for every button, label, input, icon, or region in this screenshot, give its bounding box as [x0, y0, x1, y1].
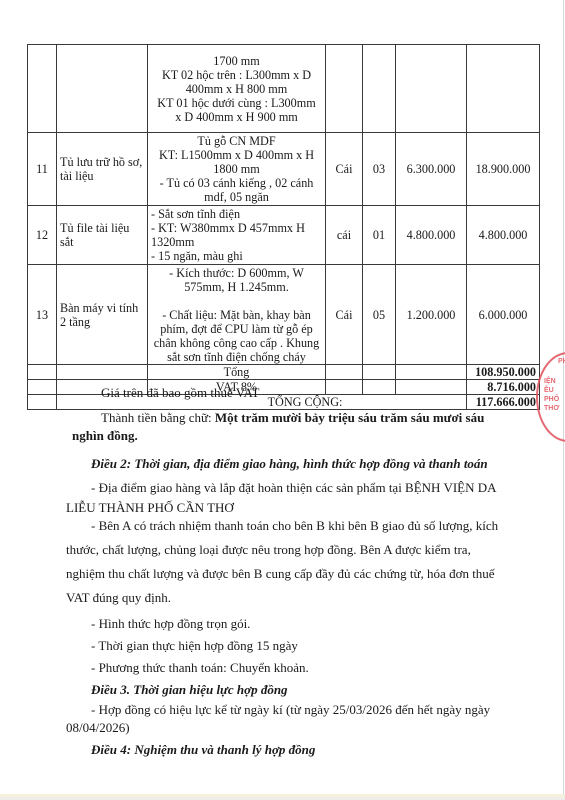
row-price: 6.300.000	[396, 133, 467, 206]
spec-line: mdf, 05 ngăn	[151, 190, 322, 204]
amount-words-line2: nghìn đồng.	[72, 427, 138, 445]
row-qty: 03	[363, 133, 396, 206]
vat-value: 8.716.000	[467, 380, 540, 395]
spec-line: KT 02 hộc trên : L300mm x D	[151, 68, 322, 82]
items-table: 1700 mmKT 02 hộc trên : L300mm x D400mm …	[27, 44, 540, 410]
page-edge	[0, 794, 565, 800]
grand-total-value: 117.666.000	[467, 395, 540, 410]
article-2-p1: - Địa điểm giao hàng và lắp đặt hoàn thi…	[91, 479, 497, 497]
row-unit: Cái	[326, 133, 363, 206]
row-spec: - Kích thước: D 600mm, W575mm, H 1.245mm…	[148, 265, 326, 365]
row-total	[467, 45, 540, 133]
amount-in-words: Thành tiền bằng chữ: Một trăm mười bảy t…	[101, 409, 484, 427]
spec-line: 1320mm	[151, 235, 322, 249]
article-2-p2-cont3: VAT đúng quy định.	[66, 589, 171, 607]
spec-line: Tủ gỗ CN MDF	[151, 134, 322, 148]
subtotal-label: Tổng	[148, 365, 326, 380]
document-page: 1700 mmKT 02 hộc trên : L300mm x D400mm …	[0, 0, 564, 794]
row-total: 6.000.000	[467, 265, 540, 365]
row-price: 4.800.000	[396, 206, 467, 265]
table-row: 1700 mmKT 02 hộc trên : L300mm x D400mm …	[28, 45, 540, 133]
row-spec: - Sắt sơn tĩnh điện- KT: W380mmx D 457mm…	[148, 206, 326, 265]
red-seal-stamp: PHÓ IỆN ỄU PHỐ THƠ	[536, 352, 565, 442]
row-spec: Tủ gỗ CN MDFKT: L1500mm x D 400mm x H180…	[148, 133, 326, 206]
stamp-text: IỆN	[544, 378, 556, 386]
table-row: 11 Tủ lưu trữ hồ sơ, tài liệu Tủ gỗ CN M…	[28, 133, 540, 206]
article-2-p4: - Thời gian thực hiện hợp đồng 15 ngày	[91, 637, 298, 655]
row-name	[57, 45, 148, 133]
article-2-p1-cont: LIỄU THÀNH PHỐ CẦN THƠ	[66, 499, 234, 517]
row-unit	[326, 45, 363, 133]
article-2-p2-cont1: thước, chất lượng, chủng loại được nêu t…	[66, 541, 471, 559]
subtotal-row: Tổng 108.950.000	[28, 365, 540, 380]
spec-line: 1800 mm	[151, 162, 322, 176]
amount-words-value: Một trăm mười bảy triệu sáu trăm sáu mươ…	[215, 410, 484, 425]
row-name: Bàn máy vi tính 2 tầng	[57, 265, 148, 365]
row-qty: 05	[363, 265, 396, 365]
spec-line: KT: L1500mm x D 400mm x H	[151, 148, 322, 162]
spec-line: 1700 mm	[151, 54, 322, 68]
spec-line: - 15 ngăn, màu ghi	[151, 249, 322, 263]
spec-line: - Sắt sơn tĩnh điện	[151, 207, 322, 221]
row-price: 1.200.000	[396, 265, 467, 365]
spec-line: x D 400mm x H 900 mm	[151, 110, 322, 124]
row-total: 4.800.000	[467, 206, 540, 265]
spec-line: - Kích thước: D 600mm, W	[151, 266, 322, 280]
row-qty: 01	[363, 206, 396, 265]
row-stt: 11	[28, 133, 57, 206]
stamp-text: THƠ	[544, 405, 559, 413]
row-qty	[363, 45, 396, 133]
article-2-title: Điều 2: Thời gian, địa điểm giao hàng, h…	[91, 455, 488, 473]
row-stt: 13	[28, 265, 57, 365]
spec-line: KT 01 hộc dưới cùng : L300mm	[151, 96, 322, 110]
table-row: 13 Bàn máy vi tính 2 tầng - Kích thước: …	[28, 265, 540, 365]
spec-line: - Chất liệu: Mặt bàn, khay bàn	[151, 308, 322, 322]
row-total: 18.900.000	[467, 133, 540, 206]
row-spec: 1700 mmKT 02 hộc trên : L300mm x D400mm …	[148, 45, 326, 133]
row-price	[396, 45, 467, 133]
row-unit: Cái	[326, 265, 363, 365]
table-row: 12 Tủ file tài liệu sắt - Sắt sơn tĩnh đ…	[28, 206, 540, 265]
row-name: Tủ lưu trữ hồ sơ, tài liệu	[57, 133, 148, 206]
article-2-p2: - Bên A có trách nhiệm thanh toán cho bê…	[91, 517, 498, 535]
row-stt	[28, 45, 57, 133]
spec-line: chân không công cao cấp . Khung	[151, 336, 322, 350]
article-3-p1-cont: 08/04/2026)	[66, 719, 130, 737]
row-name: Tủ file tài liệu sắt	[57, 206, 148, 265]
spec-line: 400mm x H 800 mm	[151, 82, 322, 96]
article-2-p2-cont2: nghiệm thu chất lượng và được bên B cung…	[66, 565, 495, 583]
article-2-p5: - Phương thức thanh toán: Chuyển khoản.	[91, 659, 309, 677]
row-stt: 12	[28, 206, 57, 265]
spec-line: 575mm, H 1.245mm.	[151, 280, 322, 294]
spec-line: sắt sơn tĩnh điện chống cháy	[151, 350, 322, 364]
subtotal-value: 108.950.000	[467, 365, 540, 380]
article-2-p3: - Hình thức hợp đồng trọn gói.	[91, 615, 250, 633]
row-unit: cái	[326, 206, 363, 265]
spec-line: phím, đợt để CPU làm từ gỗ ép	[151, 322, 322, 336]
spec-line: - Tủ có 03 cánh kiếng , 02 cánh	[151, 176, 322, 190]
vat-note: Giá trên đã bao gồm thuế VAT	[101, 384, 259, 402]
article-3-p1: - Hợp đồng có hiệu lực kể từ ngày kí (từ…	[91, 701, 490, 719]
article-4-title: Điều 4: Nghiệm thu và thanh lý hợp đồng	[91, 741, 315, 759]
stamp-text: PHÓ	[558, 358, 565, 366]
amount-words-label: Thành tiền bằng chữ:	[101, 410, 215, 425]
stamp-text: PHỐ	[544, 396, 559, 404]
stamp-text: ỄU	[544, 387, 554, 395]
article-3-title: Điều 3. Thời gian hiệu lực hợp đồng	[91, 681, 288, 699]
spec-line	[151, 294, 322, 308]
spec-line: - KT: W380mmx D 457mmx H	[151, 221, 322, 235]
